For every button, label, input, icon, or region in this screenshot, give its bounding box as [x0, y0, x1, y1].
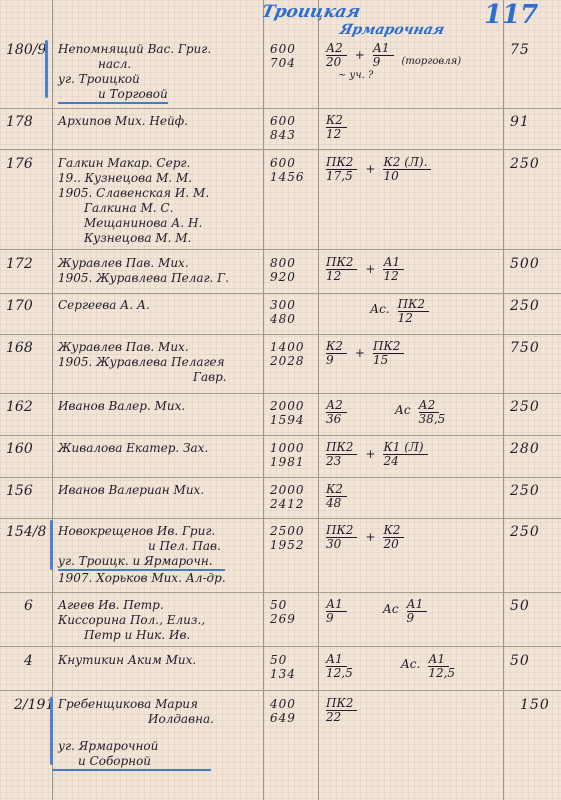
plot-number: 176 [6, 156, 33, 172]
material-fraction: ПК223 [326, 441, 357, 468]
street-note: и Торговой [58, 87, 168, 104]
capital-values: 2500 1952 [270, 524, 305, 552]
row-divider [0, 249, 561, 250]
material-fraction: А112 [383, 256, 404, 283]
sum-value: 250 [510, 156, 540, 172]
plot-number: 2/191 [14, 697, 54, 713]
material-fraction: А220 [326, 42, 347, 69]
capital-values: 800 920 [270, 256, 296, 284]
material-fraction: К220 [383, 524, 404, 551]
sum-value: 50 [510, 653, 530, 669]
capital-assessed: 2028 [270, 354, 305, 368]
capital-assessed: 843 [270, 128, 296, 142]
owner-names: Журавлев Пав. Мих. 1905. Журавлева Пелаг… [58, 340, 227, 385]
capital-values: 50 269 [270, 598, 296, 626]
street-note: и Соборной [52, 754, 211, 771]
sub-note: ~ уч. ? [338, 70, 373, 81]
materials: К212 [326, 114, 347, 141]
capital-assessed: 649 [270, 711, 296, 725]
owner-names: Новокрещенов Ив. Григ. и Пел. Пав. уг. Т… [58, 524, 226, 586]
plot-number: 154/8 [6, 524, 46, 540]
materials: Ас. ПК212 [370, 298, 429, 325]
capital-assessed: 480 [270, 312, 296, 326]
material-fraction: А112,5 [428, 653, 455, 680]
owner-name: 1905. Журавлева Пелагея [58, 355, 227, 370]
owner-name: Журавлев Пав. Мих. [58, 256, 229, 271]
owner-names: Галкин Макар. Серг. 19.. Кузнецова М. М.… [58, 156, 209, 246]
material-fraction: К212 [326, 114, 347, 141]
owner-names: Иванов Валер. Мих. [58, 399, 185, 414]
material-fraction: А238,5 [419, 399, 446, 426]
sum-value: 250 [510, 483, 540, 499]
owner-name: Иванов Валер. Мих. [58, 399, 185, 414]
capital-value: 600 [270, 42, 296, 56]
capital-assessed: 1952 [270, 538, 305, 552]
owner-name: Гребенщикова Мария [58, 697, 214, 712]
material-fraction: А19 [407, 598, 428, 625]
street-title-secondary: Ярмарочная [338, 22, 445, 38]
owner-names: Агеев Ив. Петр. Киссорина Пол., Елиз., П… [58, 598, 205, 643]
capital-value: 50 [270, 653, 296, 667]
sum-value: 250 [510, 524, 540, 540]
material-fraction: А19 [326, 598, 347, 625]
plot-number: 170 [6, 298, 33, 314]
material-fraction: ПК212 [326, 256, 357, 283]
street-note: уг. Троицкой [58, 72, 211, 87]
column-divider-materials [318, 0, 319, 800]
row-divider [0, 293, 561, 294]
capital-assessed: 1981 [270, 455, 305, 469]
materials: К248 [326, 483, 347, 510]
sum-value: 250 [510, 399, 540, 415]
owner-names: Кнутикин Аким Мих. [58, 653, 196, 668]
sum-value: 91 [510, 114, 530, 130]
material-fraction: ПК212 [398, 298, 429, 325]
plot-number: 4 [24, 653, 33, 669]
street-title: Троицкая [260, 2, 362, 22]
column-divider-number [52, 0, 53, 800]
materials: ПК212 + А112 [326, 256, 404, 283]
material-prefix: Ас [355, 598, 399, 616]
owner-names: Живалова Екатер. Зах. [58, 441, 208, 456]
material-fraction: ПК222 [326, 697, 357, 724]
material-fraction: А19 [373, 42, 394, 69]
plot-number: 162 [6, 399, 33, 415]
plus-sign: + [355, 340, 365, 360]
materials: ПК217,5 + К2 (Л).10 [326, 156, 431, 183]
capital-values: 300 480 [270, 298, 296, 326]
blue-margin-mark [50, 520, 53, 570]
row-divider [0, 518, 561, 519]
material-prefix: Ас [355, 399, 411, 417]
capital-assessed: 920 [270, 270, 296, 284]
capital-values: 2000 1594 [270, 399, 305, 427]
capital-values: 2000 2412 [270, 483, 305, 511]
materials: К29 + ПК215 [326, 340, 404, 367]
plus-sign: + [365, 524, 375, 544]
capital-value: 400 [270, 697, 296, 711]
sum-value: 750 [510, 340, 540, 356]
owner-names: Архипов Мих. Нейф. [58, 114, 188, 129]
capital-values: 1400 2028 [270, 340, 305, 368]
owner-name: Агеев Ив. Петр. [58, 598, 205, 613]
plus-sign: + [365, 256, 375, 276]
material-fraction: К2 (Л).10 [383, 156, 431, 183]
material-fraction: А112,5 [326, 653, 353, 680]
capital-value: 600 [270, 156, 305, 170]
owner-name: Журавлев Пав. Мих. [58, 340, 227, 355]
column-divider-capital [263, 0, 264, 800]
owner-names: Журавлев Пав. Мих. 1905. Журавлева Пелаг… [58, 256, 229, 286]
material-fraction: А236 [326, 399, 347, 426]
plot-number: 160 [6, 441, 33, 457]
sum-value: 250 [510, 298, 540, 314]
owner-names: Гребенщикова Мария Иолдавна. уг. Ярмароч… [58, 697, 214, 771]
materials: ПК230 + К220 [326, 524, 404, 551]
row-divider [0, 149, 561, 150]
capital-values: 600 1456 [270, 156, 305, 184]
capital-assessed: 1594 [270, 413, 305, 427]
plot-number: 168 [6, 340, 33, 356]
material-fraction: ПК230 [326, 524, 357, 551]
materials: А220 + А19 (торговля) [326, 42, 461, 69]
material-fraction: К248 [326, 483, 347, 510]
owner-names: Непомнящий Вас. Григ. насл. уг. Троицкой… [58, 42, 211, 104]
material-fraction: К29 [326, 340, 347, 367]
owner-name: Петр и Ник. Ив. [58, 628, 205, 643]
owner-name: 19.. Кузнецова М. М. [58, 171, 209, 186]
plot-number: 180/9 [6, 42, 46, 58]
sum-value: 500 [510, 256, 540, 272]
owner-name: Новокрещенов Ив. Григ. [58, 524, 226, 539]
owner-names: Сергеева А. А. [58, 298, 150, 313]
owner-names: Иванов Валериан Мих. [58, 483, 204, 498]
row-divider [0, 646, 561, 647]
owner-name: Архипов Мих. Нейф. [58, 114, 188, 129]
capital-value: 300 [270, 298, 296, 312]
capital-value: 1400 [270, 340, 305, 354]
sum-value: 75 [510, 42, 530, 58]
material-fraction: ПК217,5 [326, 156, 357, 183]
plus-sign: + [365, 441, 375, 461]
capital-values: 50 134 [270, 653, 296, 681]
later-owner: 1907. Хорьков Мих. Ал-др. [58, 571, 226, 586]
owner-name: Иванов Валериан Мих. [58, 483, 204, 498]
materials: А112,5 Ас. А112,5 [326, 653, 455, 680]
owner-name: Кнутикин Аким Мих. [58, 653, 196, 668]
capital-value: 600 [270, 114, 296, 128]
sum-value: 50 [510, 598, 530, 614]
capital-value: 2500 [270, 524, 305, 538]
owner-name: 1905. Журавлева Пелаг. Г. [58, 271, 229, 286]
owner-name: Кузнецова М. М. [58, 231, 209, 246]
owner-name: Галкина М. С. [58, 201, 209, 216]
material-prefix: Ас. [361, 653, 421, 671]
owner-name: Иолдавна. [58, 712, 214, 727]
capital-values: 600 704 [270, 42, 296, 70]
capital-assessed: 1456 [270, 170, 305, 184]
materials: ПК223 + К1 (Л)24 [326, 441, 428, 468]
row-divider [0, 690, 561, 691]
owner-name: насл. [58, 57, 211, 72]
street-note: уг. Ярмарочной [58, 739, 214, 754]
owner-name: 1905. Славенская И. М. [58, 186, 209, 201]
capital-values: 1000 1981 [270, 441, 305, 469]
capital-assessed: 269 [270, 612, 296, 626]
materials: ПК222 [326, 697, 357, 724]
plus-sign: + [365, 156, 375, 176]
capital-assessed: 2412 [270, 497, 305, 511]
row-divider [0, 393, 561, 394]
owner-name: Живалова Екатер. Зах. [58, 441, 208, 456]
row-divider [0, 435, 561, 436]
row-divider [0, 334, 561, 335]
plot-number: 172 [6, 256, 33, 272]
row-divider [0, 477, 561, 478]
owner-name: Киссорина Пол., Елиз., [58, 613, 205, 628]
page-number: 117 [484, 0, 538, 30]
plot-number: 6 [24, 598, 33, 614]
plot-number: 156 [6, 483, 33, 499]
capital-assessed: 704 [270, 56, 296, 70]
owner-name: Сергеева А. А. [58, 298, 150, 313]
blue-margin-mark [45, 40, 48, 98]
capital-value: 2000 [270, 399, 305, 413]
owner-name: Непомнящий Вас. Григ. [58, 42, 211, 57]
material-prefix: Ас. [370, 298, 390, 316]
owner-name: Мещанинова А. Н. [58, 216, 209, 231]
plot-number: 178 [6, 114, 33, 130]
capital-value: 50 [270, 598, 296, 612]
column-divider-sum [503, 0, 504, 800]
owner-name: Галкин Макар. Серг. [58, 156, 209, 171]
owner-name: Гавр. [58, 370, 227, 385]
capital-values: 400 649 [270, 697, 296, 725]
material-fraction: К1 (Л)24 [383, 441, 427, 468]
sum-value: 150 [520, 697, 550, 713]
capital-value: 800 [270, 256, 296, 270]
material-note: (торговля) [402, 42, 462, 67]
row-divider [0, 108, 561, 109]
materials: А236 Ас А238,5 [326, 399, 445, 426]
capital-values: 600 843 [270, 114, 296, 142]
materials: А19 Ас А19 [326, 598, 427, 625]
capital-value: 2000 [270, 483, 305, 497]
row-divider [0, 592, 561, 593]
capital-assessed: 134 [270, 667, 296, 681]
sum-value: 280 [510, 441, 540, 457]
street-note: уг. Троицк. и Ярмарочн. [58, 554, 225, 571]
owner-name: и Пел. Пав. [58, 539, 226, 554]
plus-sign: + [355, 42, 365, 62]
capital-value: 1000 [270, 441, 305, 455]
material-fraction: ПК215 [373, 340, 404, 367]
